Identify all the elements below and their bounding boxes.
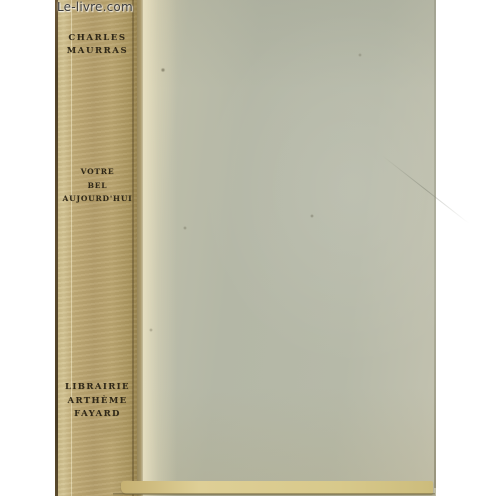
spine-author-line: CHARLES — [58, 32, 137, 45]
spine-crease — [132, 0, 134, 496]
spine-title-line: VOTRE — [58, 165, 137, 179]
book-photo: CHARLES MAURRAS VOTRE BEL AUJOURD'HUI LI… — [55, 0, 436, 496]
product-photo-canvas: CHARLES MAURRAS VOTRE BEL AUJOURD'HUI LI… — [0, 0, 500, 500]
book-bottom-shadow — [113, 493, 435, 496]
book-right-edge — [434, 0, 436, 488]
spine-publisher-line: ARTHÈME — [58, 395, 137, 409]
spine-publisher-line: FAYARD — [58, 408, 137, 422]
watermark-text: Le-livre.com — [57, 0, 133, 14]
hinge-highlight — [143, 0, 177, 496]
spine-crease — [71, 0, 72, 496]
spine-publisher: LIBRAIRIE ARTHÈME FAYARD — [58, 381, 137, 422]
spine-publisher-line: LIBRAIRIE — [58, 381, 137, 395]
spine-title-line: AUJOURD'HUI — [58, 192, 137, 206]
cover-crease — [382, 155, 469, 224]
spine-author-line: MAURRAS — [58, 45, 137, 58]
spine-title-line: BEL — [58, 179, 137, 193]
book-spine: CHARLES MAURRAS VOTRE BEL AUJOURD'HUI LI… — [58, 0, 137, 496]
spine-author: CHARLES MAURRAS — [58, 32, 137, 58]
book-front-cover — [137, 0, 436, 496]
spine-title: VOTRE BEL AUJOURD'HUI — [58, 165, 137, 206]
